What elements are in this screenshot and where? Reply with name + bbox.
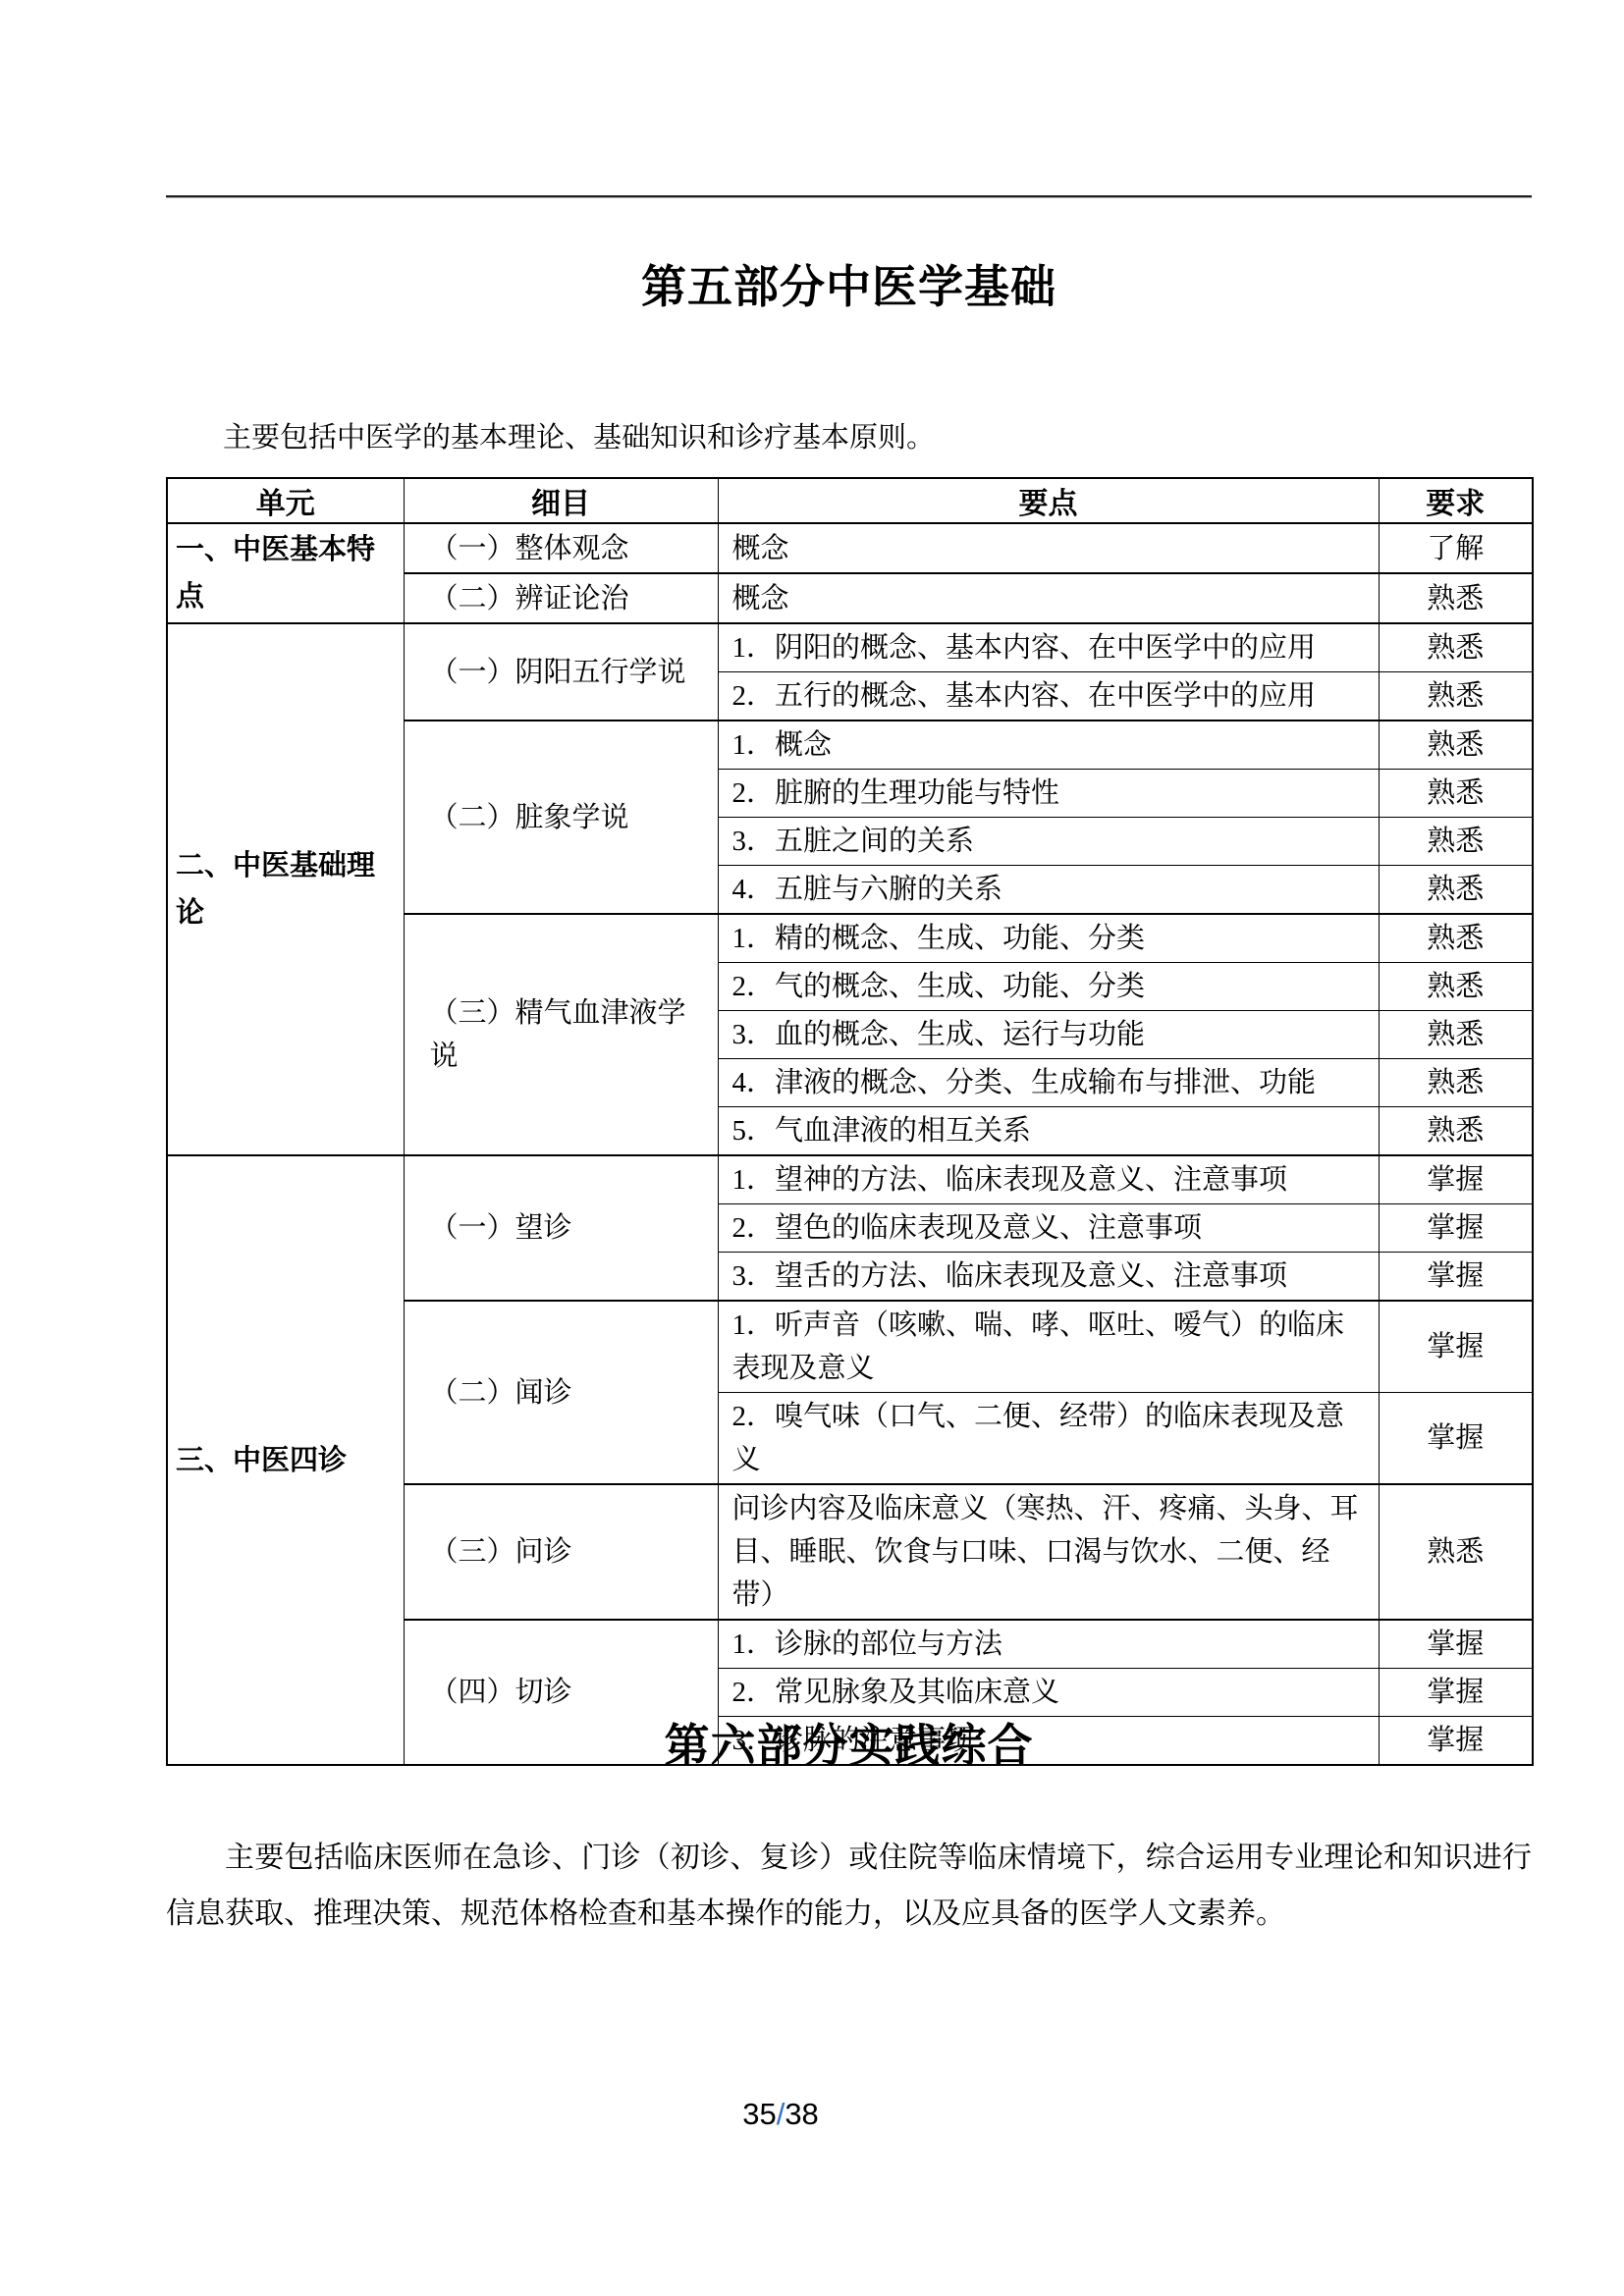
- point-cell: 3．血的概念、生成、运行与功能: [718, 1011, 1379, 1059]
- item-cell: （二）脏象学说: [404, 721, 718, 914]
- page-number: 35/38: [0, 2097, 1561, 2132]
- point-cell: 1．精的概念、生成、功能、分类: [718, 914, 1379, 963]
- point-cell: 问诊内容及临床意义（寒热、汗、疼痛、头身、耳目、睡眠、饮食与口味、口渴与饮水、二…: [718, 1484, 1379, 1620]
- part6-body: 主要包括临床医师在急诊、门诊（初诊、复诊）或住院等临床情境下，综合运用专业理论和…: [166, 1830, 1532, 1942]
- requirement-cell: 熟悉: [1379, 1107, 1533, 1156]
- table-header-requirement: 要求: [1379, 478, 1533, 523]
- requirement-cell: 掌握: [1379, 1155, 1533, 1204]
- requirement-cell: 掌握: [1379, 1301, 1533, 1393]
- requirement-cell: 掌握: [1379, 1393, 1533, 1485]
- table-header-row: 单元 细目 要点 要求: [167, 478, 1533, 523]
- requirement-cell: 熟悉: [1379, 914, 1533, 963]
- requirement-cell: 熟悉: [1379, 866, 1533, 915]
- part5-title: 第五部分中医学基础: [166, 251, 1532, 316]
- item-cell: （二）辨证论治: [404, 573, 718, 623]
- requirement-cell: 熟悉: [1379, 623, 1533, 672]
- point-cell: 1．望神的方法、临床表现及意义、注意事项: [718, 1155, 1379, 1204]
- requirement-cell: 掌握: [1379, 1620, 1533, 1669]
- point-cell: 3．望舌的方法、临床表现及意义、注意事项: [718, 1253, 1379, 1302]
- requirement-cell: 熟悉: [1379, 672, 1533, 721]
- point-cell: 4．五脏与六腑的关系: [718, 866, 1379, 915]
- point-cell: 1．听声音（咳嗽、喘、哮、呕吐、嗳气）的临床表现及意义: [718, 1301, 1379, 1393]
- item-cell: （三）问诊: [404, 1484, 718, 1620]
- table-header-point: 要点: [718, 478, 1379, 523]
- table-row: 二、中医基础理论（一）阴阳五行学说1．阴阳的概念、基本内容、在中医学中的应用熟悉: [167, 623, 1533, 672]
- unit-cell: 三、中医四诊: [167, 1155, 404, 1765]
- point-cell: 2．望色的临床表现及意义、注意事项: [718, 1204, 1379, 1253]
- requirement-cell: 掌握: [1379, 1253, 1533, 1302]
- part5-intro: 主要包括中医学的基本理论、基础知识和诊疗基本原则。: [166, 416, 1532, 459]
- page-number-total: 38: [785, 2097, 818, 2131]
- requirement-cell: 熟悉: [1379, 721, 1533, 770]
- unit-cell: 二、中医基础理论: [167, 623, 404, 1155]
- point-cell: 2．脏腑的生理功能与特性: [718, 770, 1379, 818]
- part6-title: 第六部分实践综合: [166, 1710, 1532, 1775]
- item-cell: （一）阴阳五行学说: [404, 623, 718, 721]
- requirement-cell: 熟悉: [1379, 1484, 1533, 1620]
- requirement-cell: 熟悉: [1379, 963, 1533, 1011]
- table-header-item: 细目: [404, 478, 718, 523]
- header-rule: [166, 195, 1532, 198]
- requirement-cell: 熟悉: [1379, 1011, 1533, 1059]
- item-cell: （一）整体观念: [404, 523, 718, 573]
- requirement-cell: 熟悉: [1379, 573, 1533, 623]
- point-cell: 4．津液的概念、分类、生成输布与排泄、功能: [718, 1059, 1379, 1107]
- requirement-cell: 熟悉: [1379, 1059, 1533, 1107]
- table-row: 一、中医基本特点（一）整体观念概念了解: [167, 523, 1533, 573]
- point-cell: 1．诊脉的部位与方法: [718, 1620, 1379, 1669]
- point-cell: 3．五脏之间的关系: [718, 818, 1379, 866]
- requirement-cell: 了解: [1379, 523, 1533, 573]
- unit-cell: 一、中医基本特点: [167, 523, 404, 623]
- requirement-cell: 掌握: [1379, 1204, 1533, 1253]
- requirement-cell: 熟悉: [1379, 770, 1533, 818]
- point-cell: 2．五行的概念、基本内容、在中医学中的应用: [718, 672, 1379, 721]
- item-cell: （二）闻诊: [404, 1301, 718, 1484]
- point-cell: 1．概念: [718, 721, 1379, 770]
- page-number-current: 35: [742, 2097, 776, 2131]
- point-cell: 2．气的概念、生成、功能、分类: [718, 963, 1379, 1011]
- item-cell: （三）精气血津液学说: [404, 914, 718, 1155]
- point-cell: 概念: [718, 573, 1379, 623]
- point-cell: 2．嗅气味（口气、二便、经带）的临床表现及意义: [718, 1393, 1379, 1485]
- item-cell: （一）望诊: [404, 1155, 718, 1301]
- point-cell: 5．气血津液的相互关系: [718, 1107, 1379, 1156]
- point-cell: 1．阴阳的概念、基本内容、在中医学中的应用: [718, 623, 1379, 672]
- point-cell: 概念: [718, 523, 1379, 573]
- table-row: 三、中医四诊（一）望诊1．望神的方法、临床表现及意义、注意事项掌握: [167, 1155, 1533, 1204]
- requirement-cell: 熟悉: [1379, 818, 1533, 866]
- syllabus-table: 单元 细目 要点 要求 一、中医基本特点（一）整体观念概念了解（二）辨证论治概念…: [166, 477, 1534, 1766]
- table-header-unit: 单元: [167, 478, 404, 523]
